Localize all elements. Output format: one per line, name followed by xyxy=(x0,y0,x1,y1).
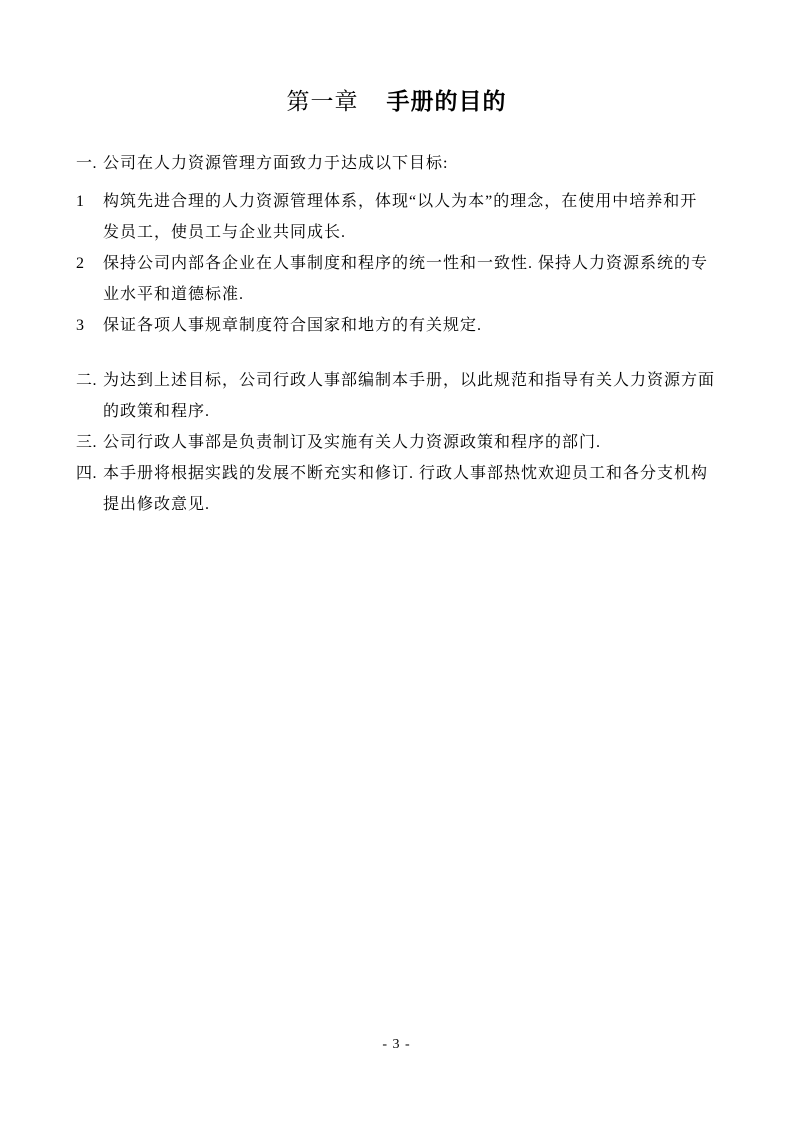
list-item: 一. 公司在人力资源管理方面致力于达成以下目标: xyxy=(76,148,737,179)
text-line: 发员工，使员工与企业共同成长. xyxy=(103,217,737,248)
list-marker: 3 xyxy=(76,310,103,341)
chapter-title: 第一章手册的目的 xyxy=(0,0,793,118)
list-item: 四. 本手册将根据实践的发展不断充实和修订. 行政人事部热忱欢迎员工和各分支机构… xyxy=(76,458,737,520)
text-line: 的政策和程序. xyxy=(103,396,737,427)
list-item: 1 构筑先进合理的人力资源管理体系，体现“以人为本”的理念，在使用中培养和开 发… xyxy=(76,186,737,248)
text-line: 公司行政人事部是负责制订及实施有关人力资源政策和程序的部门. xyxy=(103,427,737,458)
document-page: 第一章手册的目的 一. 公司在人力资源管理方面致力于达成以下目标: 1 构筑先进… xyxy=(0,0,793,1122)
page-number: - 3 - xyxy=(0,1036,793,1054)
list-text: 为达到上述目标，公司行政人事部编制本手册，以此规范和指导有关人力资源方面 的政策… xyxy=(103,365,737,427)
list-item: 二. 为达到上述目标，公司行政人事部编制本手册，以此规范和指导有关人力资源方面 … xyxy=(76,365,737,427)
list-marker: 三. xyxy=(76,427,103,458)
text-line: 业水平和道德标准. xyxy=(103,279,737,310)
list-marker: 2 xyxy=(76,248,103,279)
text-line: 保证各项人事规章制度符合国家和地方的有关规定. xyxy=(103,310,737,341)
text-line: 构筑先进合理的人力资源管理体系，体现“以人为本”的理念，在使用中培养和开 xyxy=(103,186,737,217)
text-line: 公司在人力资源管理方面致力于达成以下目标: xyxy=(103,148,737,179)
list-text: 构筑先进合理的人力资源管理体系，体现“以人为本”的理念，在使用中培养和开 发员工… xyxy=(103,186,737,248)
chapter-name: 手册的目的 xyxy=(387,89,507,114)
text-line: 本手册将根据实践的发展不断充实和修订. 行政人事部热忱欢迎员工和各分支机构 xyxy=(103,458,737,489)
text-line: 提出修改意见. xyxy=(103,489,737,520)
list-text: 本手册将根据实践的发展不断充实和修订. 行政人事部热忱欢迎员工和各分支机构 提出… xyxy=(103,458,737,520)
list-item: 3 保证各项人事规章制度符合国家和地方的有关规定. xyxy=(76,310,737,341)
numbered-list: 一. 公司在人力资源管理方面致力于达成以下目标: 1 构筑先进合理的人力资源管理… xyxy=(0,148,793,520)
list-marker: 四. xyxy=(76,458,103,489)
list-item: 三. 公司行政人事部是负责制订及实施有关人力资源政策和程序的部门. xyxy=(76,427,737,458)
chapter-number: 第一章 xyxy=(287,89,359,114)
list-marker: 二. xyxy=(76,365,103,396)
text-line: 保持公司内部各企业在人事制度和程序的统一性和一致性. 保持人力资源系统的专 xyxy=(103,248,737,279)
list-marker: 一. xyxy=(76,148,103,179)
list-text: 保持公司内部各企业在人事制度和程序的统一性和一致性. 保持人力资源系统的专 业水… xyxy=(103,248,737,310)
text-line: 为达到上述目标，公司行政人事部编制本手册，以此规范和指导有关人力资源方面 xyxy=(103,365,737,396)
list-item: 2 保持公司内部各企业在人事制度和程序的统一性和一致性. 保持人力资源系统的专 … xyxy=(76,248,737,310)
list-text: 保证各项人事规章制度符合国家和地方的有关规定. xyxy=(103,310,737,341)
list-text: 公司在人力资源管理方面致力于达成以下目标: xyxy=(103,148,737,179)
list-text: 公司行政人事部是负责制订及实施有关人力资源政策和程序的部门. xyxy=(103,427,737,458)
list-marker: 1 xyxy=(76,186,103,217)
